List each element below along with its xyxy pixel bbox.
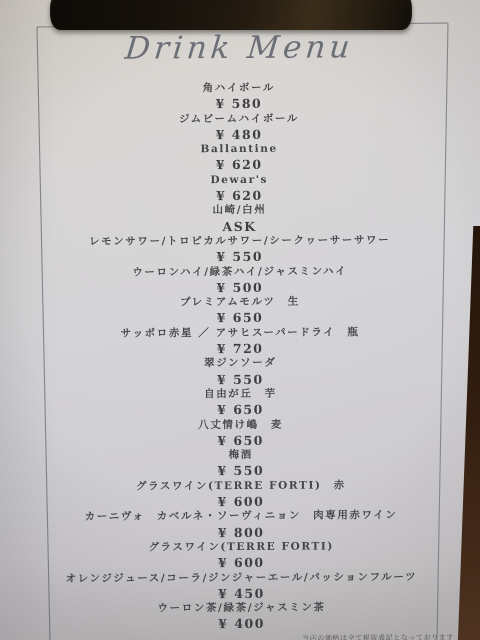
menu-item: ウーロン茶/緑茶/ジャスミン茶 ¥ 400 xyxy=(1,600,480,633)
menu-item: 山崎/白州 ASK xyxy=(0,202,480,235)
menu-item: ジムビームハイボール ¥ 480 xyxy=(0,110,479,143)
menu-item: 角ハイボール ¥ 580 xyxy=(0,80,479,113)
menu-item: サッポロ赤星 ／ アサヒスーパードライ 瓶 ¥ 720 xyxy=(0,324,480,357)
menu-item: Ballantine ¥ 620 xyxy=(0,141,479,174)
menu-item: 自由が丘 芋 ¥ 650 xyxy=(0,386,480,419)
tax-note: 当店の価格は全て税抜表記となっております xyxy=(302,632,454,640)
menu-item: 梅酒 ¥ 550 xyxy=(1,447,480,480)
menu-item: レモンサワー/トロピカルサワー/シークヮーサーサワー ¥ 550 xyxy=(0,233,480,266)
menu-item: Dewar's ¥ 620 xyxy=(0,172,479,205)
menu-item: グラスワイン(TERRE FORTI) 赤 ¥ 600 xyxy=(1,477,480,510)
menu-item: カーニヴォ カベルネ・ソーヴィニョン 肉専用赤ワイン ¥ 800 xyxy=(1,508,480,541)
item-name: オレンジジュース/コーラ/ジンジャーエール/パッションフルーツ xyxy=(1,569,480,587)
menu-item: 翠ジンソーダ ¥ 550 xyxy=(0,355,480,388)
menu-item: プレミアムモルツ 生 ¥ 650 xyxy=(0,294,480,327)
menu-item-list: 角ハイボール ¥ 580 ジムビームハイボール ¥ 480 Ballantine… xyxy=(0,80,480,633)
item-price: ¥ 400 xyxy=(2,615,480,633)
menu-item: グラスワイン(TERRE FORTI) ¥ 600 xyxy=(1,539,480,572)
menu-photo: Drink Menu 角ハイボール ¥ 580 ジムビームハイボール ¥ 480… xyxy=(0,0,480,640)
menu-title: Drink Menu xyxy=(0,29,480,82)
menu-item: ウーロンハイ/緑茶ハイ/ジャスミンハイ ¥ 500 xyxy=(0,263,480,296)
menu-item: 八丈情け嶋 麦 ¥ 650 xyxy=(1,416,480,449)
menu-page: Drink Menu 角ハイボール ¥ 580 ジムビームハイボール ¥ 480… xyxy=(0,0,480,633)
menu-item: オレンジジュース/コーラ/ジンジャーエール/パッションフルーツ ¥ 450 xyxy=(1,569,480,602)
